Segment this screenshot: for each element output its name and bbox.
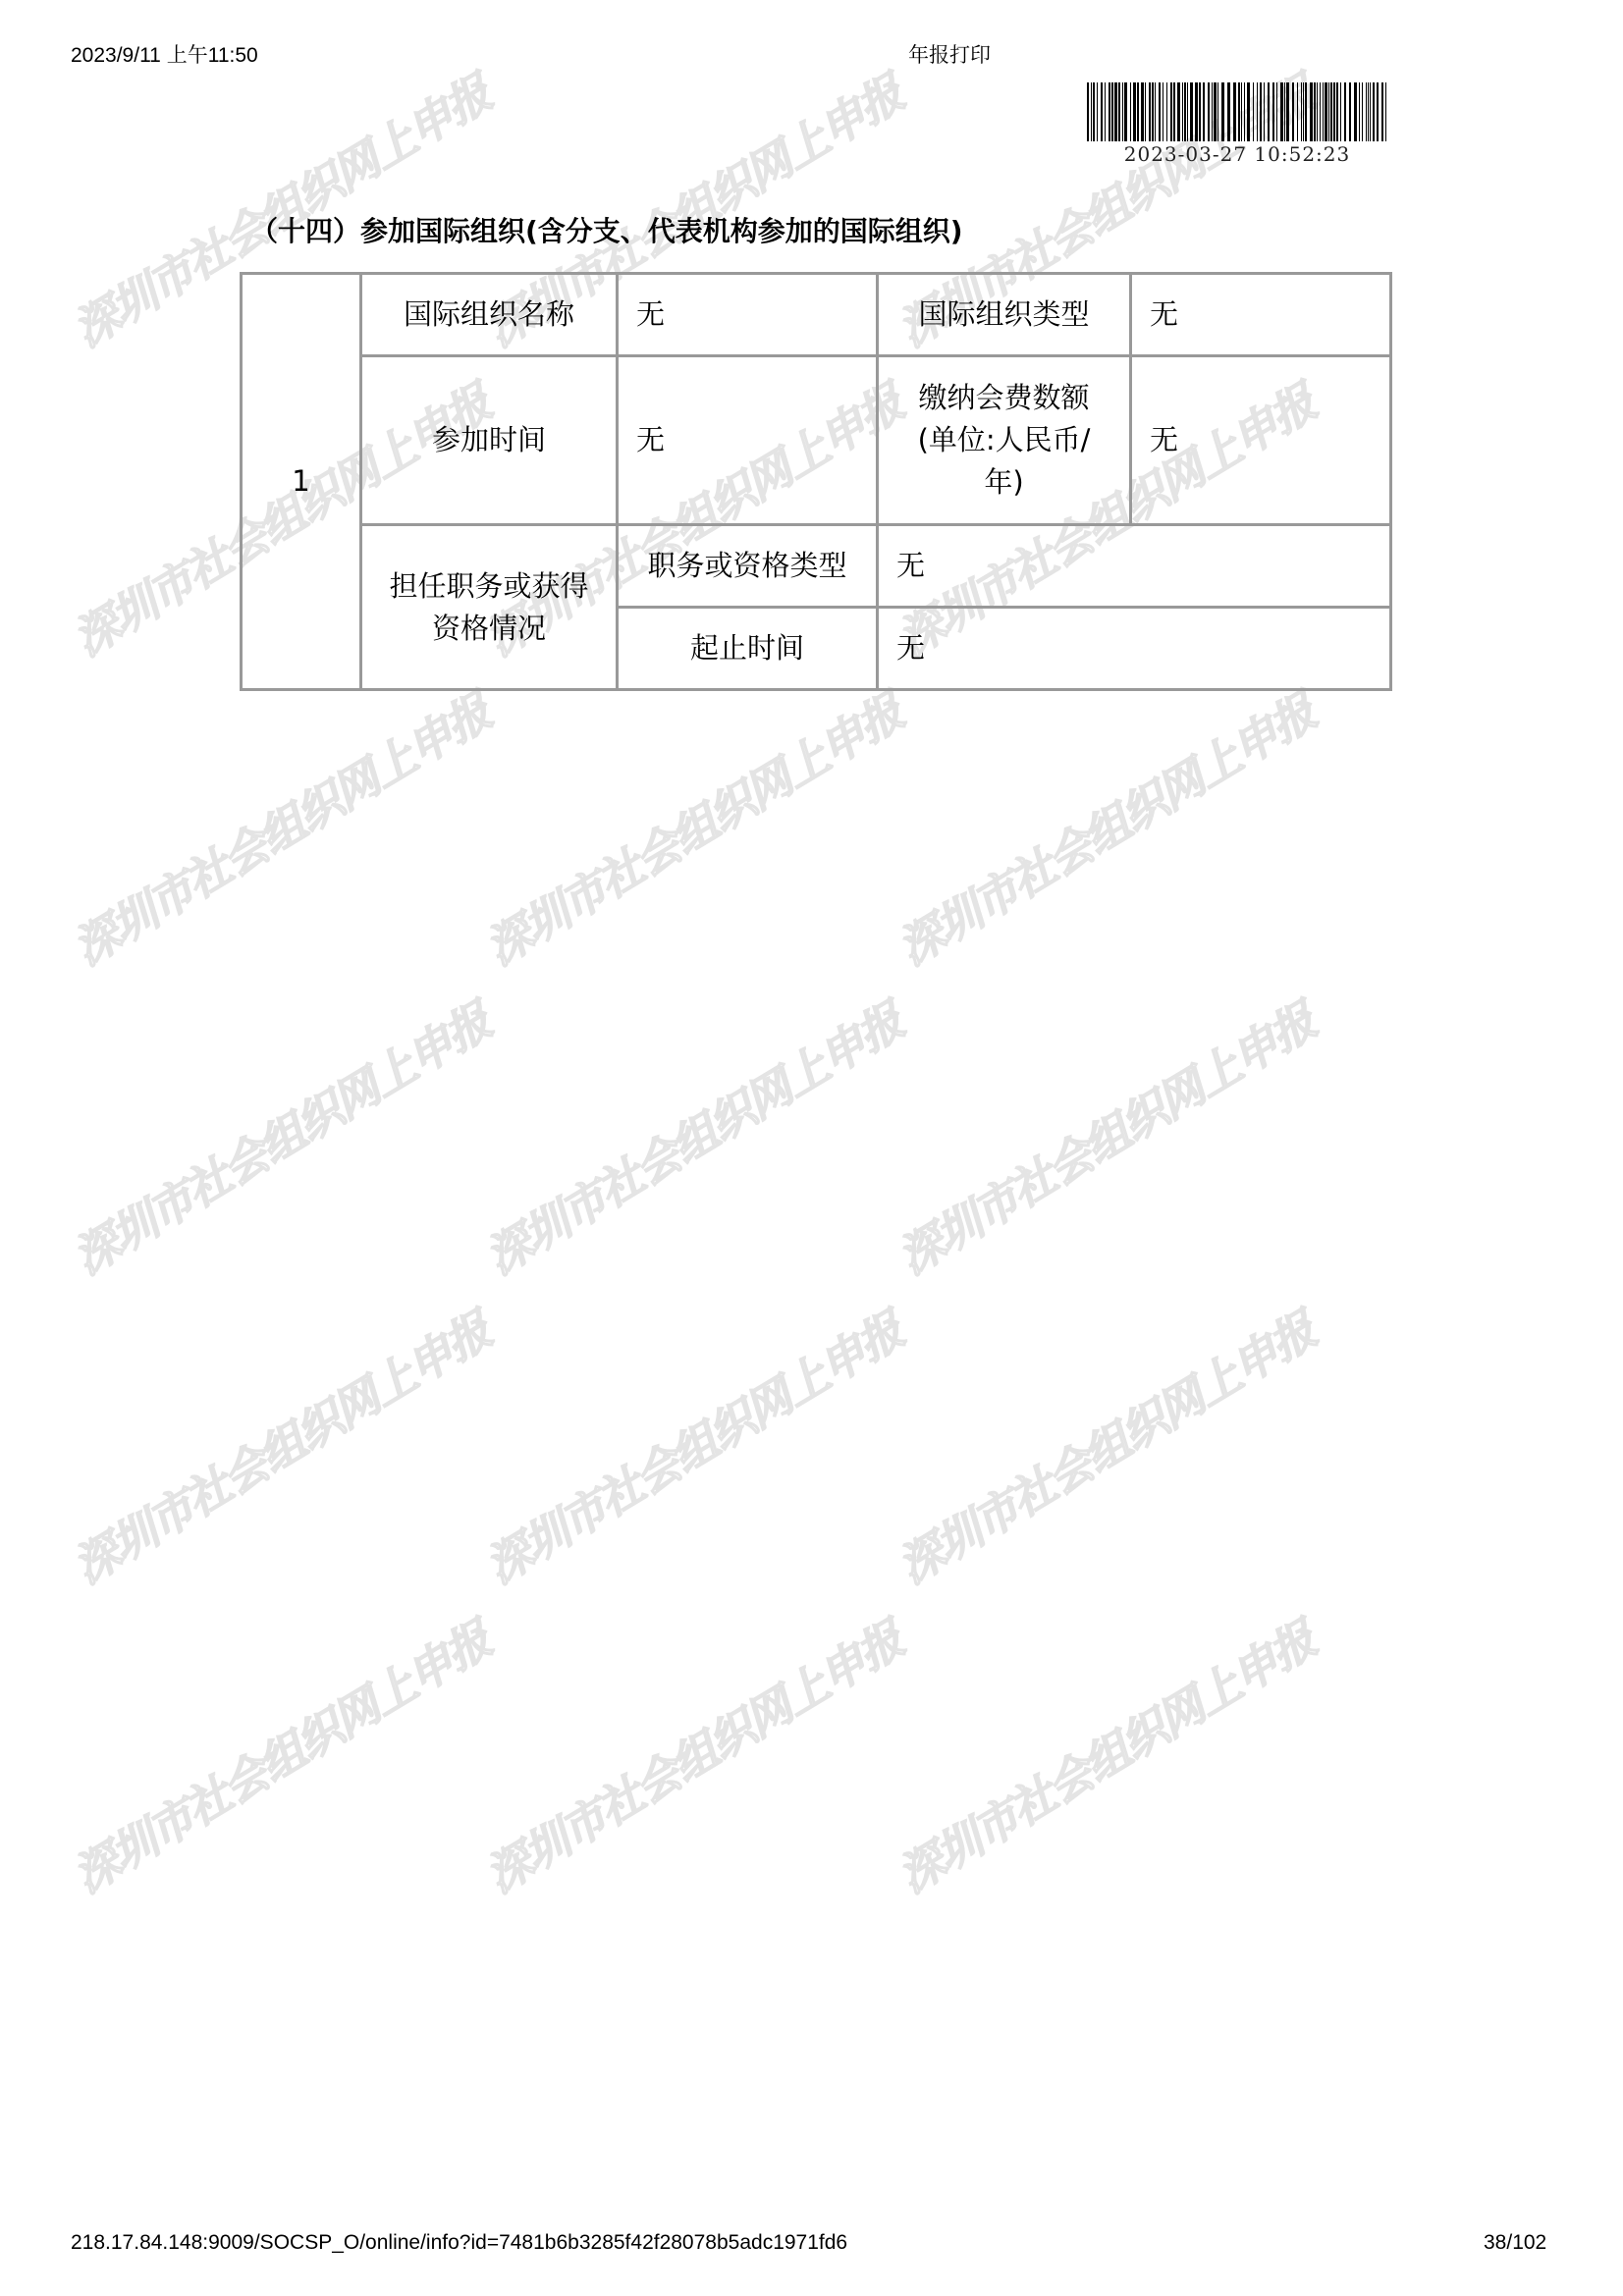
org-type-label: 国际组织类型 <box>878 274 1131 356</box>
org-type-value: 无 <box>1131 274 1391 356</box>
join-time-value: 无 <box>618 356 878 525</box>
table-row: 1 国际组织名称 无 国际组织类型 无 <box>242 274 1391 356</box>
watermark-text: 深圳市社会组织网上申报 <box>60 690 480 978</box>
table-row: 参加时间 无 缴纳会费数额(单位:人民币/年) 无 <box>242 356 1391 525</box>
join-time-label: 参加时间 <box>361 356 618 525</box>
watermark-text: 深圳市社会组织网上申报 <box>885 690 1305 978</box>
section-title: （十四）参加国际组织(含分支、代表机构参加的国际组织) <box>250 214 963 249</box>
org-name-label: 国际组织名称 <box>361 274 618 356</box>
watermark-text: 深圳市社会组织网上申报 <box>472 690 893 978</box>
watermark-text: 深圳市社会组织网上申报 <box>60 999 480 1287</box>
row-index: 1 <box>242 274 361 690</box>
watermark-text: 深圳市社会组织网上申报 <box>60 1308 480 1596</box>
watermark-text: 深圳市社会组织网上申报 <box>472 1308 893 1596</box>
barcode-icon <box>1087 82 1387 141</box>
position-type-label: 职务或资格类型 <box>618 525 878 608</box>
watermark-text: 深圳市社会组织网上申报 <box>885 1308 1305 1596</box>
position-group-label: 担任职务或获得资格情况 <box>361 525 618 690</box>
barcode: 2023-03-27 10:52:23 <box>1087 82 1387 166</box>
fee-label: 缴纳会费数额(单位:人民币/年) <box>878 356 1131 525</box>
table-row: 担任职务或获得资格情况 职务或资格类型 无 <box>242 525 1391 608</box>
watermark-text: 深圳市社会组织网上申报 <box>472 999 893 1287</box>
fee-value: 无 <box>1131 356 1391 525</box>
print-title: 年报打印 <box>908 43 991 69</box>
barcode-caption: 2023-03-27 10:52:23 <box>1087 142 1387 166</box>
print-datetime: 2023/9/11 上午11:50 <box>71 43 258 69</box>
watermark-text: 深圳市社会组织网上申报 <box>885 1618 1305 1905</box>
org-name-value: 无 <box>618 274 878 356</box>
international-org-table: 1 国际组织名称 无 国际组织类型 无 参加时间 无 缴纳会费数额(单位:人民币… <box>240 272 1392 691</box>
position-type-value: 无 <box>878 525 1391 608</box>
print-url: 218.17.84.148:9009/SOCSP_O/online/info?i… <box>71 2230 847 2256</box>
watermark-text: 深圳市社会组织网上申报 <box>472 1618 893 1905</box>
page-number: 38/102 <box>1484 2230 1546 2256</box>
watermark-text: 深圳市社会组织网上申报 <box>885 999 1305 1287</box>
period-value: 无 <box>878 608 1391 690</box>
period-label: 起止时间 <box>618 608 878 690</box>
watermark-text: 深圳市社会组织网上申报 <box>60 1618 480 1905</box>
